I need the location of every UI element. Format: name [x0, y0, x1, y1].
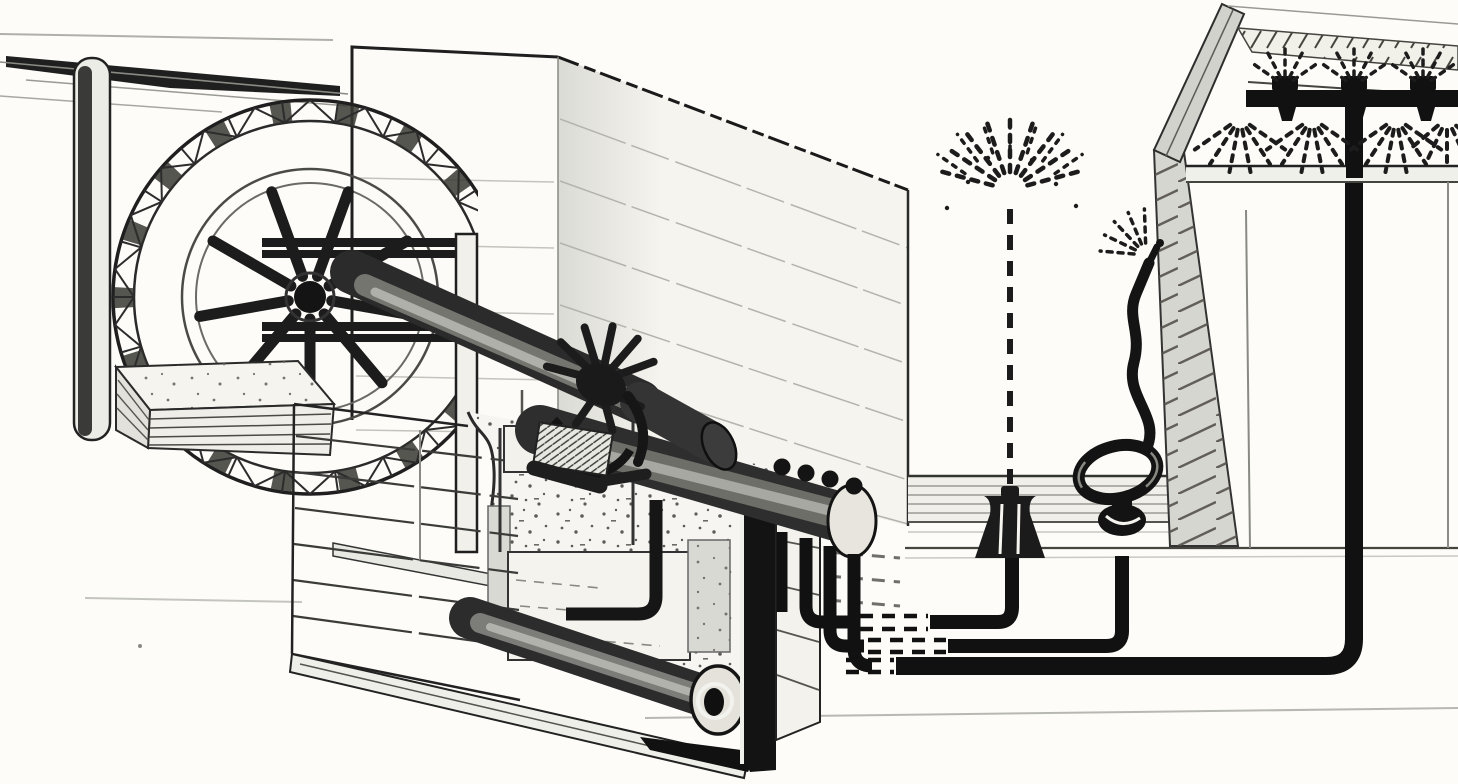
wheel-hub: [294, 281, 326, 313]
wheel-support-post: [456, 234, 477, 552]
fountain-base-flute: [1018, 504, 1019, 554]
pier-top-stipple: [116, 361, 334, 410]
fountain-base-flute: [1000, 504, 1002, 554]
valve-dome: [846, 478, 863, 495]
valve-dome: [822, 471, 839, 488]
waterworks-illustration: [0, 0, 1458, 784]
mooring-post: [74, 58, 110, 440]
tank-right-stipple: [688, 540, 730, 652]
valve-dome: [774, 459, 791, 476]
pencil-speck: [138, 644, 142, 648]
post-shading: [78, 66, 92, 436]
hose-nozzle-tip: [1156, 239, 1164, 247]
sprinkler-pipe: [1246, 90, 1458, 107]
valve-dome: [798, 465, 815, 482]
illustration-page: [0, 0, 1458, 784]
axle-beam: [262, 238, 477, 247]
rocker-roller: [604, 474, 646, 481]
fountain-nozzle: [1001, 486, 1019, 498]
pier-front: [148, 404, 334, 455]
suction-pipe-hole: [704, 688, 724, 716]
timber-pier: [116, 361, 334, 455]
